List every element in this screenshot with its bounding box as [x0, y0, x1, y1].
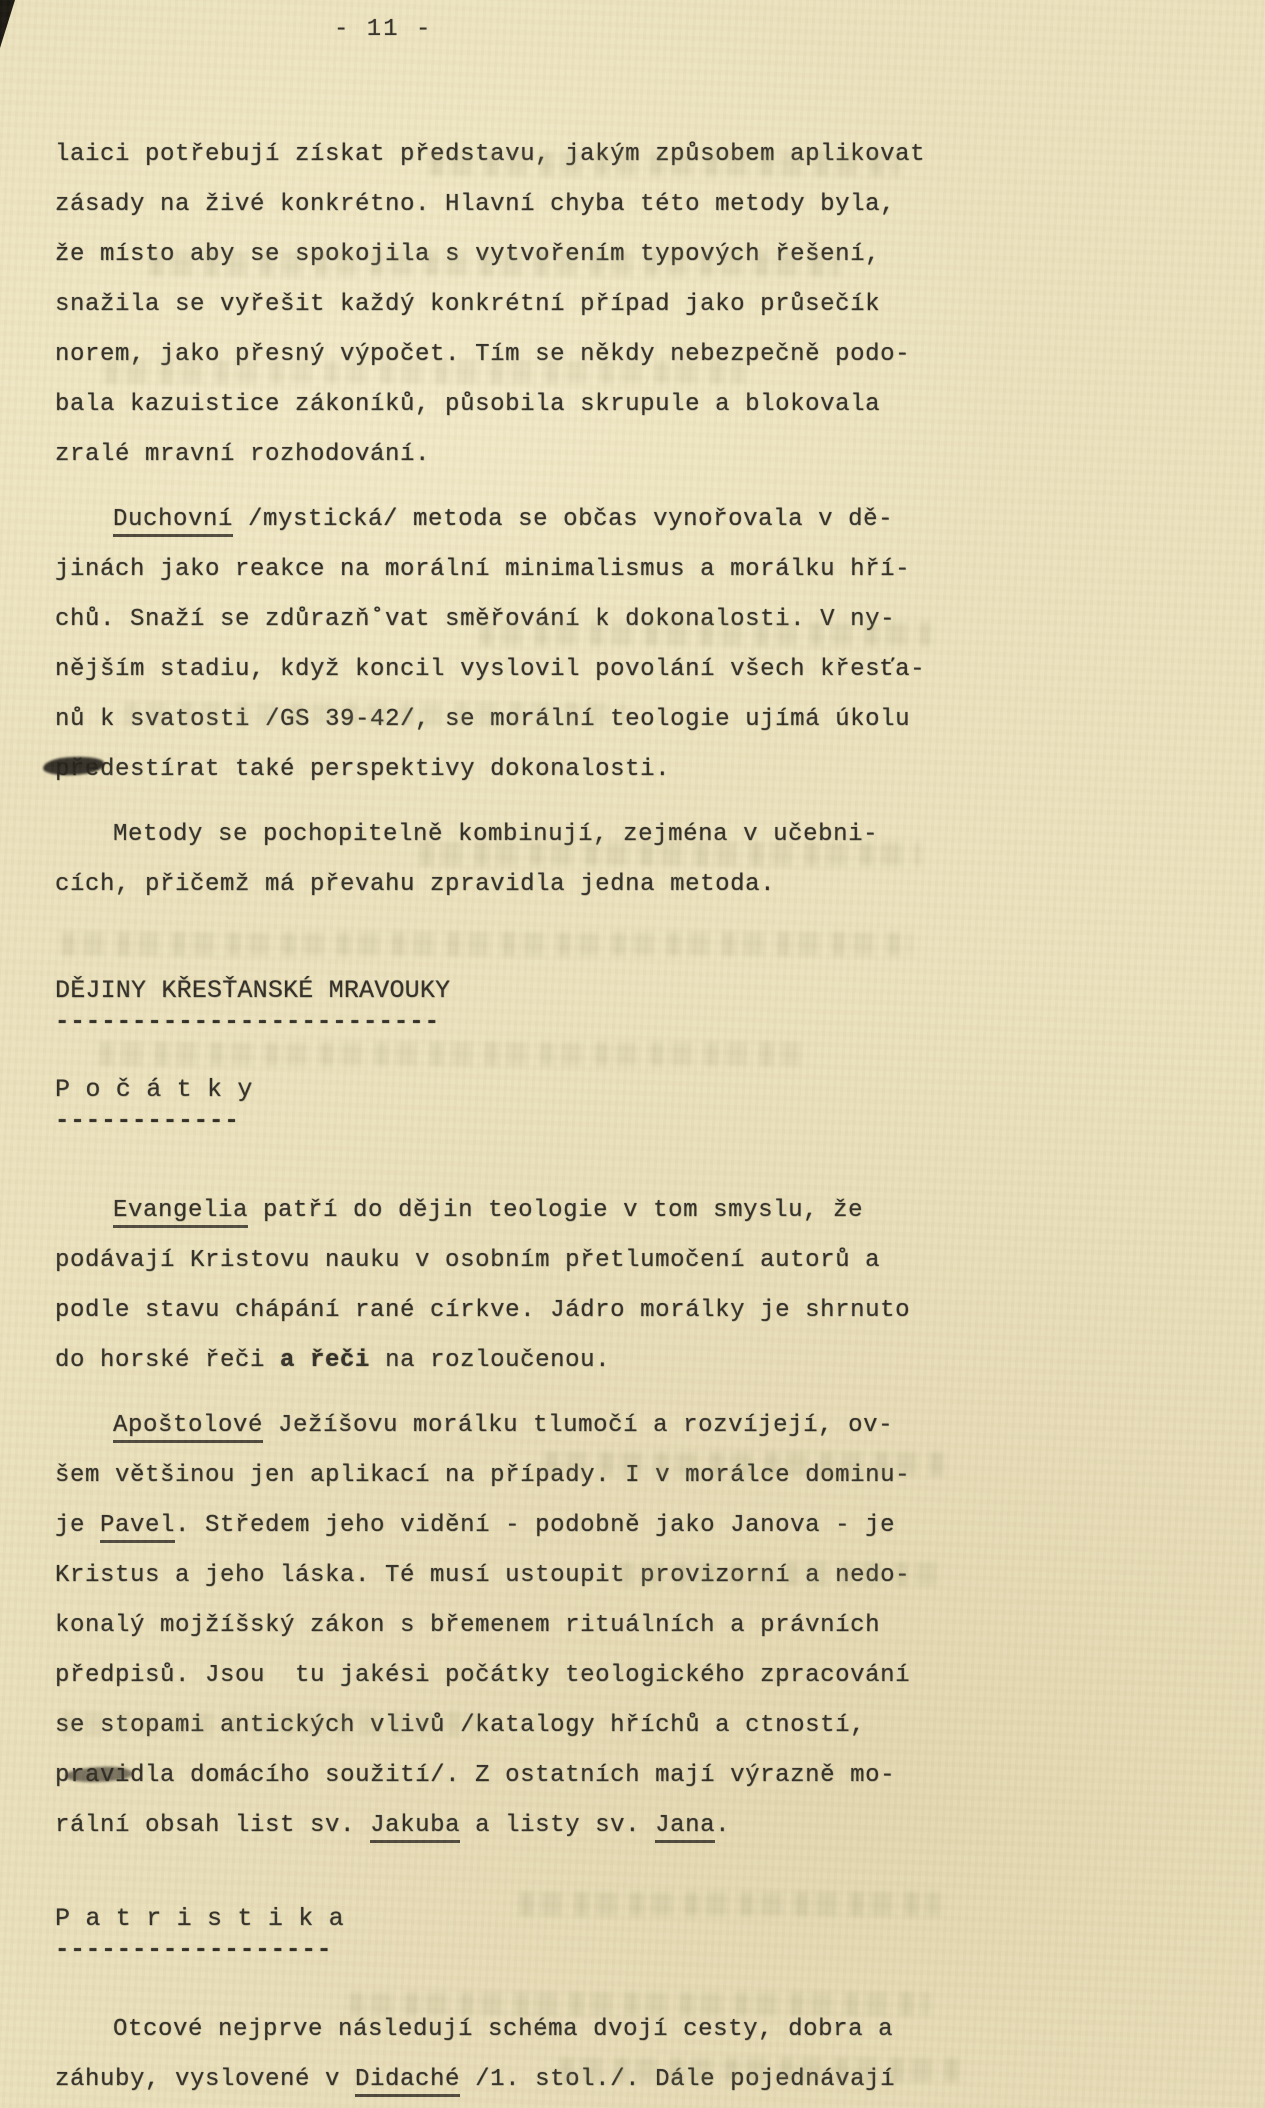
- text-line: podle stavu chápání rané církve. Jádro m…: [55, 1286, 945, 1336]
- text-line: Kristus a jeho láska. Té musí ustoupit p…: [55, 1551, 945, 1601]
- heading-dejiny: DĚJINY KŘESŤANSKÉ MRAVOUKY--------------…: [55, 973, 945, 1037]
- section-heading: DĚJINY KŘESŤANSKÉ MRAVOUKY: [55, 973, 945, 1009]
- text-line: Apoštolové Ježíšovu morálku tlumočí a ro…: [55, 1401, 945, 1451]
- text-line: jinách jako reakce na morální minimalism…: [55, 545, 945, 595]
- text-line: se stopami antických vlivů /katalogy hří…: [55, 1701, 945, 1751]
- text-line: pravidla domácího soužití/. Z ostatních …: [55, 1751, 945, 1801]
- heading-patristika: P a t r i s t i k a------------------: [55, 1901, 945, 1965]
- text-line: že místo aby se spokojila s vytvořením t…: [55, 230, 945, 280]
- text-line: nějším stadiu, když koncil vyslovil povo…: [55, 645, 945, 695]
- para-metody: Metody se pochopitelně kombinují, zejmén…: [55, 810, 945, 910]
- text-line: šem většinou jen aplikací na případy. I …: [55, 1451, 945, 1501]
- text-line: předpisů. Jsou tu jakési počátky teologi…: [55, 1651, 945, 1701]
- text-line: norem, jako přesný výpočet. Tím se někdy…: [55, 330, 945, 380]
- heading-underline-dashes: ------------: [55, 1108, 945, 1136]
- text-line: nů k svatosti /GS 39-42/, se morální teo…: [55, 695, 945, 745]
- section-heading: P a t r i s t i k a: [55, 1901, 945, 1937]
- text-line: chů. Snaží se zdůrazň˚vat směřování k do…: [55, 595, 945, 645]
- heading-underline-dashes: ------------------: [55, 1937, 945, 1965]
- text-line: do horské řeči a řeči na rozloučenou.: [55, 1336, 945, 1386]
- text-line: cích, přičemž má převahu zpravidla jedna…: [55, 860, 945, 910]
- para-evangelia: Evangelia patří do dějin teologie v tom …: [55, 1186, 945, 1386]
- text-body: laici potřebují získat představu, jakým …: [55, 130, 945, 2105]
- text-line: je Pavel. Středem jeho vidění - podobně …: [55, 1501, 945, 1551]
- heading-underline-dashes: -------------------------: [55, 1009, 945, 1037]
- text-line: záhuby, vyslovené v Didaché /1. stol./. …: [55, 2055, 945, 2105]
- text-line: podávají Kristovu nauku v osobním přetlu…: [55, 1236, 945, 1286]
- text-line: bala kazuistice zákoníků, působila skrup…: [55, 380, 945, 430]
- text-line: konalý mojžíšský zákon s břemenem rituál…: [55, 1601, 945, 1651]
- text-line: Otcové nejprve následují schéma dvojí ce…: [55, 2005, 945, 2055]
- scanned-typewritten-page: { "page": { "number": "- 11 -" }, "conte…: [0, 0, 1265, 2108]
- text-line: Duchovní /mystická/ metoda se občas vyno…: [55, 495, 945, 545]
- text-line: rální obsah list sv. Jakuba a listy sv. …: [55, 1801, 945, 1851]
- text-line: laici potřebují získat představu, jakým …: [55, 130, 945, 180]
- section-heading: P o č á t k y: [55, 1072, 945, 1108]
- scan-corner-artifact: [0, 0, 15, 48]
- text-line: snažila se vyřešit každý konkrétní přípa…: [55, 280, 945, 330]
- text-line: předestírat také perspektivy dokonalosti…: [55, 745, 945, 795]
- para-otcove: Otcové nejprve následují schéma dvojí ce…: [55, 2005, 945, 2105]
- heading-pocatky: P o č á t k y------------: [55, 1072, 945, 1136]
- para-apostolove: Apoštolové Ježíšovu morálku tlumočí a ro…: [55, 1401, 945, 1851]
- page-number: - 11 -: [334, 16, 432, 43]
- para-duchovni: Duchovní /mystická/ metoda se občas vyno…: [55, 495, 945, 795]
- text-line: zralé mravní rozhodování.: [55, 430, 945, 480]
- text-line: zásady na živé konkrétno. Hlavní chyba t…: [55, 180, 945, 230]
- text-line: Metody se pochopitelně kombinují, zejmén…: [55, 810, 945, 860]
- text-line: Evangelia patří do dějin teologie v tom …: [55, 1186, 945, 1236]
- para-laici: laici potřebují získat představu, jakým …: [55, 130, 945, 480]
